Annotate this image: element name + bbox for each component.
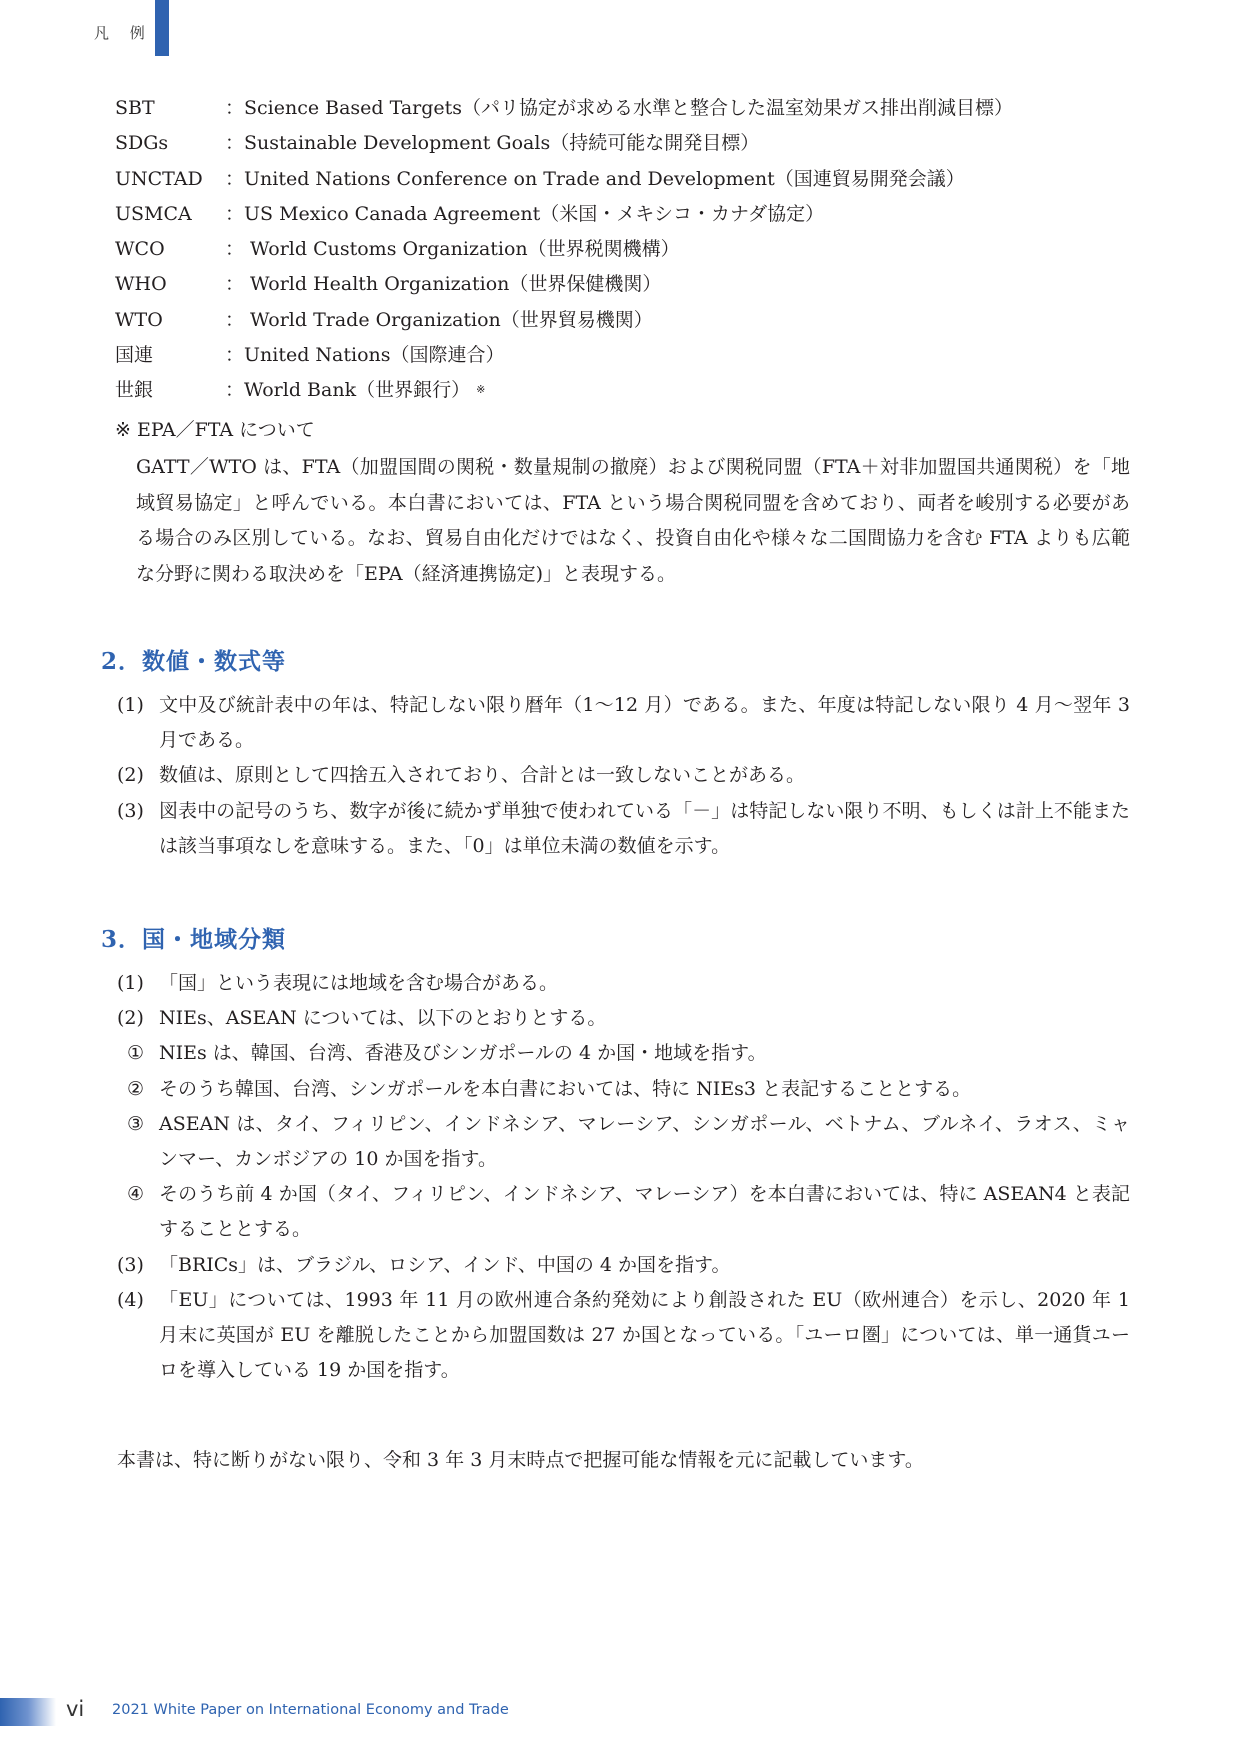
page-header-label: 凡 例: [94, 22, 153, 43]
closing-statement: 本書は、特に断りがない限り、令和 3 年 3 月末時点で把握可能な情報を元に記載…: [117, 1448, 924, 1472]
abbreviation-value: ：Sustainable Development Goals（持続可能な開発目標…: [225, 131, 759, 155]
abbreviation-row: SDGs ：Sustainable Development Goals（持続可能…: [115, 131, 1013, 166]
abbreviation-row: WTO ： World Trade Organization（世界貿易機関）: [115, 308, 1013, 343]
item-number: ①: [117, 1036, 159, 1071]
item-number: (2): [117, 1001, 159, 1036]
item-text: ASEAN は、タイ、フィリピン、インドネシア、マレーシア、シンガポール、ベトナ…: [159, 1107, 1130, 1177]
abbreviation-row: 世銀 ：World Bank（世界銀行） ※: [115, 378, 1013, 413]
abbreviation-key: WTO: [115, 308, 225, 332]
item-text: そのうち韓国、台湾、シンガポールを本白書においては、特に NIEs3 と表記する…: [159, 1072, 1130, 1107]
list-item: (2) 数値は、原則として四捨五入されており、合計とは一致しないことがある。: [117, 758, 1130, 793]
abbreviation-key: 世銀: [115, 378, 225, 402]
abbreviation-row: UNCTAD ：United Nations Conference on Tra…: [115, 167, 1013, 202]
abbreviation-row: WCO ： World Customs Organization（世界税関機構）: [115, 237, 1013, 272]
abbreviation-row: 国連 ：United Nations（国際連合）: [115, 343, 1013, 378]
section-3-items: (1) 「国」という表現には地域を含む場合がある。 (2) NIEs、ASEAN…: [117, 966, 1130, 1388]
header-accent-bar: [155, 0, 169, 56]
epa-fta-note-title: ※ EPA／FTA について: [115, 418, 315, 442]
item-number: ②: [117, 1072, 159, 1107]
section-2-title: 2．数値・数式等: [101, 643, 286, 676]
item-number: ④: [117, 1177, 159, 1247]
abbreviation-key: USMCA: [115, 202, 225, 226]
abbreviation-value: ： World Customs Organization（世界税関機構）: [225, 237, 680, 261]
item-text: 文中及び統計表中の年は、特記しない限り暦年（1〜12 月）である。また、年度は特…: [159, 688, 1130, 758]
item-number: ③: [117, 1107, 159, 1177]
item-number: (4): [117, 1283, 159, 1389]
abbreviation-key: 国連: [115, 343, 225, 367]
list-item: (3) 「BRICs」は、ブラジル、ロシア、インド、中国の 4 か国を指す。: [117, 1248, 1130, 1283]
abbreviation-value: ：US Mexico Canada Agreement（米国・メキシコ・カナダ協…: [225, 202, 824, 226]
item-number: (1): [117, 688, 159, 758]
section-3-title: 3．国・地域分類: [101, 921, 286, 954]
abbreviation-value: ：World Bank（世界銀行）: [225, 378, 470, 402]
section-2-items: (1) 文中及び統計表中の年は、特記しない限り暦年（1〜12 月）である。また、…: [117, 688, 1130, 864]
sub-list-item: ③ ASEAN は、タイ、フィリピン、インドネシア、マレーシア、シンガポール、ベ…: [117, 1107, 1130, 1177]
page-number: vi: [66, 1697, 84, 1721]
item-text: そのうち前 4 か国（タイ、フィリピン、インドネシア、マレーシア）を本白書におい…: [159, 1177, 1130, 1247]
item-text: 「BRICs」は、ブラジル、ロシア、インド、中国の 4 か国を指す。: [159, 1248, 1130, 1283]
sub-list-item: ② そのうち韓国、台湾、シンガポールを本白書においては、特に NIEs3 と表記…: [117, 1072, 1130, 1107]
abbreviation-value: ：United Nations Conference on Trade and …: [225, 167, 965, 191]
item-text: 図表中の記号のうち、数字が後に続かず単独で使われている「－」は特記しない限り不明…: [159, 794, 1130, 864]
sub-list-item: ① NIEs は、韓国、台湾、香港及びシンガポールの 4 か国・地域を指す。: [117, 1036, 1130, 1071]
abbreviation-key: UNCTAD: [115, 167, 225, 191]
item-number: (3): [117, 794, 159, 864]
abbreviation-key: SDGs: [115, 131, 225, 155]
item-text: NIEs、ASEAN については、以下のとおりとする。: [159, 1001, 1130, 1036]
abbreviation-value: ： World Health Organization（世界保健機関）: [225, 272, 661, 296]
abbreviation-row: SBT ：Science Based Targets（パリ協定が求める水準と整合…: [115, 96, 1013, 131]
abbreviation-key: WHO: [115, 272, 225, 296]
epa-fta-note-body: GATT／WTO は、FTA（加盟国間の関税・数量規制の撤廃）および関税同盟（F…: [136, 450, 1130, 592]
item-text: 数値は、原則として四捨五入されており、合計とは一致しないことがある。: [159, 758, 1130, 793]
item-text: 「国」という表現には地域を含む場合がある。: [159, 966, 1130, 1001]
abbreviation-value: ：Science Based Targets（パリ協定が求める水準と整合した温室…: [225, 96, 1013, 120]
item-number: (3): [117, 1248, 159, 1283]
abbreviation-key: SBT: [115, 96, 225, 120]
footer-gradient-bar: [0, 1698, 56, 1726]
list-item: (4) 「EU」については、1993 年 11 月の欧州連合条約発効により創設さ…: [117, 1283, 1130, 1389]
abbreviation-list: SBT ：Science Based Targets（パリ協定が求める水準と整合…: [115, 96, 1013, 414]
item-text: NIEs は、韓国、台湾、香港及びシンガポールの 4 か国・地域を指す。: [159, 1036, 1130, 1071]
list-item: (1) 「国」という表現には地域を含む場合がある。: [117, 966, 1130, 1001]
abbreviation-row: WHO ： World Health Organization（世界保健機関）: [115, 272, 1013, 307]
sub-list-item: ④ そのうち前 4 か国（タイ、フィリピン、インドネシア、マレーシア）を本白書に…: [117, 1177, 1130, 1247]
item-number: (1): [117, 966, 159, 1001]
abbreviation-value: ： World Trade Organization（世界貿易機関）: [225, 308, 653, 332]
list-item: (2) NIEs、ASEAN については、以下のとおりとする。: [117, 1001, 1130, 1036]
footer-publication-title: 2021 White Paper on International Econom…: [112, 1702, 509, 1718]
footnote-mark: ※: [476, 378, 485, 402]
abbreviation-key: WCO: [115, 237, 225, 261]
abbreviation-row: USMCA ：US Mexico Canada Agreement（米国・メキシ…: [115, 202, 1013, 237]
item-text: 「EU」については、1993 年 11 月の欧州連合条約発効により創設された E…: [159, 1283, 1130, 1389]
list-item: (1) 文中及び統計表中の年は、特記しない限り暦年（1〜12 月）である。また、…: [117, 688, 1130, 758]
abbreviation-value: ：United Nations（国際連合）: [225, 343, 505, 367]
item-number: (2): [117, 758, 159, 793]
list-item: (3) 図表中の記号のうち、数字が後に続かず単独で使われている「－」は特記しない…: [117, 794, 1130, 864]
